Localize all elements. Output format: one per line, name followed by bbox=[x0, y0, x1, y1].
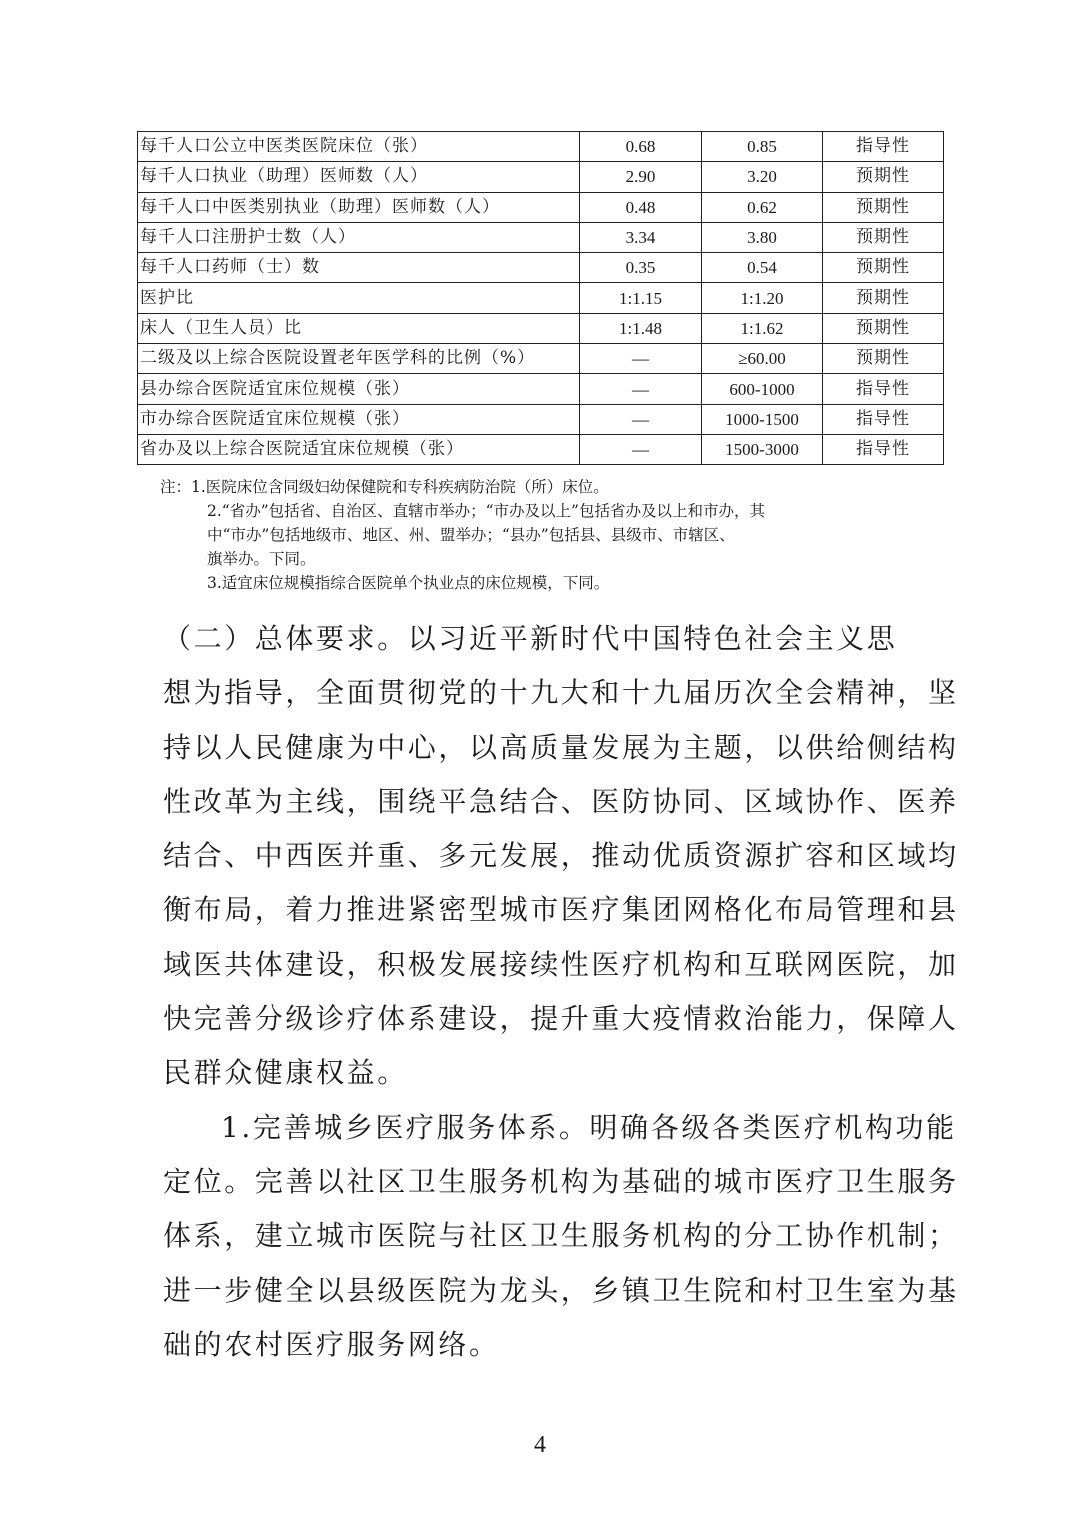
indicator-name: 每千人口药师（士）数 bbox=[138, 253, 580, 283]
note-1: 注：1.医院床位含同级妇幼保健院和专科疾病防治院（所）床位。 bbox=[160, 475, 930, 499]
indicator-type: 预期性 bbox=[823, 222, 944, 252]
note-3: 3.适宜床位规模指综合医院单个执业点的床位规模，下同。 bbox=[160, 571, 930, 595]
baseline-value: — bbox=[580, 434, 702, 464]
table-row: 二级及以上综合医院设置老年医学科的比例（%） — ≥60.00 预期性 bbox=[138, 344, 944, 374]
table-row: 县办综合医院适宜床位规模（张） — 600-1000 指导性 bbox=[138, 374, 944, 404]
target-value: 0.85 bbox=[702, 132, 823, 162]
table-row: 医护比 1:1.15 1:1.20 预期性 bbox=[138, 283, 944, 313]
baseline-value: 2.90 bbox=[580, 162, 702, 192]
table-row: 市办综合医院适宜床位规模（张） — 1000-1500 指导性 bbox=[138, 404, 944, 434]
indicator-table: 每千人口公立中医类医院床位（张） 0.68 0.85 指导性 每千人口执业（助理… bbox=[137, 131, 944, 465]
document-page: 每千人口公立中医类医院床位（张） 0.68 0.85 指导性 每千人口执业（助理… bbox=[0, 0, 1080, 1526]
note-2: 2.“省办”包括省、自治区、直辖市举办；“市办及以上”包括省办及以上和市办，其 bbox=[160, 499, 930, 523]
text-line: 础的农村医疗服务网络。 bbox=[163, 1318, 919, 1372]
indicator-type: 指导性 bbox=[823, 374, 944, 404]
indicator-type: 预期性 bbox=[823, 162, 944, 192]
indicator-name: 每千人口执业（助理）医师数（人） bbox=[138, 162, 580, 192]
indicator-name: 每千人口注册护士数（人） bbox=[138, 222, 580, 252]
baseline-value: — bbox=[580, 374, 702, 404]
text-line: 持以人民健康为中心，以高质量发展为主题，以供给侧结构 bbox=[163, 721, 919, 775]
indicator-type: 指导性 bbox=[823, 434, 944, 464]
text-line: 体系，建立城市医院与社区卫生服务机构的分工协作机制； bbox=[163, 1209, 919, 1263]
indicator-name: 省办及以上综合医院适宜床位规模（张） bbox=[138, 434, 580, 464]
note-2-cont: 中“市办”包括地级市、地区、州、盟举办；“县办”包括县、县级市、市辖区、 bbox=[160, 523, 930, 547]
target-value: 1:1.20 bbox=[702, 283, 823, 313]
text-line: 定位。完善以社区卫生服务机构为基础的城市医疗卫生服务 bbox=[163, 1155, 919, 1209]
table-row: 每千人口中医类别执业（助理）医师数（人） 0.48 0.62 预期性 bbox=[138, 192, 944, 222]
indicator-type: 预期性 bbox=[823, 253, 944, 283]
page-number: 4 bbox=[0, 1432, 1080, 1459]
text-line: 想为指导，全面贯彻党的十九大和十九届历次全会精神，坚 bbox=[163, 666, 919, 720]
target-value: 0.62 bbox=[702, 192, 823, 222]
target-value: 600-1000 bbox=[702, 374, 823, 404]
text-line: 域医共体建设，积极发展接续性医疗机构和互联网医院，加 bbox=[163, 938, 919, 992]
table-row: 每千人口执业（助理）医师数（人） 2.90 3.20 预期性 bbox=[138, 162, 944, 192]
indicator-type: 预期性 bbox=[823, 313, 944, 343]
table-row: 每千人口药师（士）数 0.35 0.54 预期性 bbox=[138, 253, 944, 283]
target-value: 1:1.62 bbox=[702, 313, 823, 343]
baseline-value: 0.68 bbox=[580, 132, 702, 162]
indicator-name: 每千人口中医类别执业（助理）医师数（人） bbox=[138, 192, 580, 222]
table-row: 每千人口注册护士数（人） 3.34 3.80 预期性 bbox=[138, 222, 944, 252]
indicator-name: 医护比 bbox=[138, 283, 580, 313]
text-line: 进一步健全以县级医院为龙头，乡镇卫生院和村卫生室为基 bbox=[163, 1264, 919, 1318]
text-line: 结合、中西医并重、多元发展，推动优质资源扩容和区域均 bbox=[163, 829, 919, 883]
text-line: 1.完善城乡医疗服务体系。明确各级各类医疗机构功能 bbox=[163, 1101, 919, 1155]
indicator-name: 县办综合医院适宜床位规模（张） bbox=[138, 374, 580, 404]
baseline-value: 3.34 bbox=[580, 222, 702, 252]
indicator-name: 二级及以上综合医院设置老年医学科的比例（%） bbox=[138, 344, 580, 374]
note-2-cont: 旗举办。下同。 bbox=[160, 547, 930, 571]
indicator-type: 预期性 bbox=[823, 283, 944, 313]
table-row: 每千人口公立中医类医院床位（张） 0.68 0.85 指导性 bbox=[138, 132, 944, 162]
indicator-name: 每千人口公立中医类医院床位（张） bbox=[138, 132, 580, 162]
table-row: 床人（卫生人员）比 1:1.48 1:1.62 预期性 bbox=[138, 313, 944, 343]
table-row: 省办及以上综合医院适宜床位规模（张） — 1500-3000 指导性 bbox=[138, 434, 944, 464]
baseline-value: 1:1.48 bbox=[580, 313, 702, 343]
target-value: 0.54 bbox=[702, 253, 823, 283]
target-value: 1500-3000 bbox=[702, 434, 823, 464]
baseline-value: 1:1.15 bbox=[580, 283, 702, 313]
baseline-value: — bbox=[580, 344, 702, 374]
indicator-name: 床人（卫生人员）比 bbox=[138, 313, 580, 343]
indicator-type: 预期性 bbox=[823, 192, 944, 222]
target-value: 1000-1500 bbox=[702, 404, 823, 434]
target-value: 3.80 bbox=[702, 222, 823, 252]
baseline-value: 0.35 bbox=[580, 253, 702, 283]
paragraph-urban-rural-system: 1.完善城乡医疗服务体系。明确各级各类医疗机构功能 定位。完善以社区卫生服务机构… bbox=[163, 1101, 919, 1372]
text-line: 性改革为主线，围绕平急结合、医防协同、区域协作、医养 bbox=[163, 775, 919, 829]
text-line: （二）总体要求。以习近平新时代中国特色社会主义思 bbox=[163, 612, 919, 666]
paragraph-overall-requirements: （二）总体要求。以习近平新时代中国特色社会主义思 想为指导，全面贯彻党的十九大和… bbox=[163, 612, 919, 1101]
table-notes: 注：1.医院床位含同级妇幼保健院和专科疾病防治院（所）床位。 2.“省办”包括省… bbox=[160, 475, 930, 595]
body-text: （二）总体要求。以习近平新时代中国特色社会主义思 想为指导，全面贯彻党的十九大和… bbox=[163, 612, 919, 1372]
text-line: 衡布局，着力推进紧密型城市医疗集团网格化布局管理和县 bbox=[163, 883, 919, 937]
baseline-value: — bbox=[580, 404, 702, 434]
indicator-type: 预期性 bbox=[823, 344, 944, 374]
indicator-type: 指导性 bbox=[823, 404, 944, 434]
target-value: 3.20 bbox=[702, 162, 823, 192]
text-line: 快完善分级诊疗体系建设，提升重大疫情救治能力，保障人 bbox=[163, 992, 919, 1046]
baseline-value: 0.48 bbox=[580, 192, 702, 222]
indicator-name: 市办综合医院适宜床位规模（张） bbox=[138, 404, 580, 434]
indicator-type: 指导性 bbox=[823, 132, 944, 162]
target-value: ≥60.00 bbox=[702, 344, 823, 374]
text-line: 民群众健康权益。 bbox=[163, 1046, 919, 1100]
